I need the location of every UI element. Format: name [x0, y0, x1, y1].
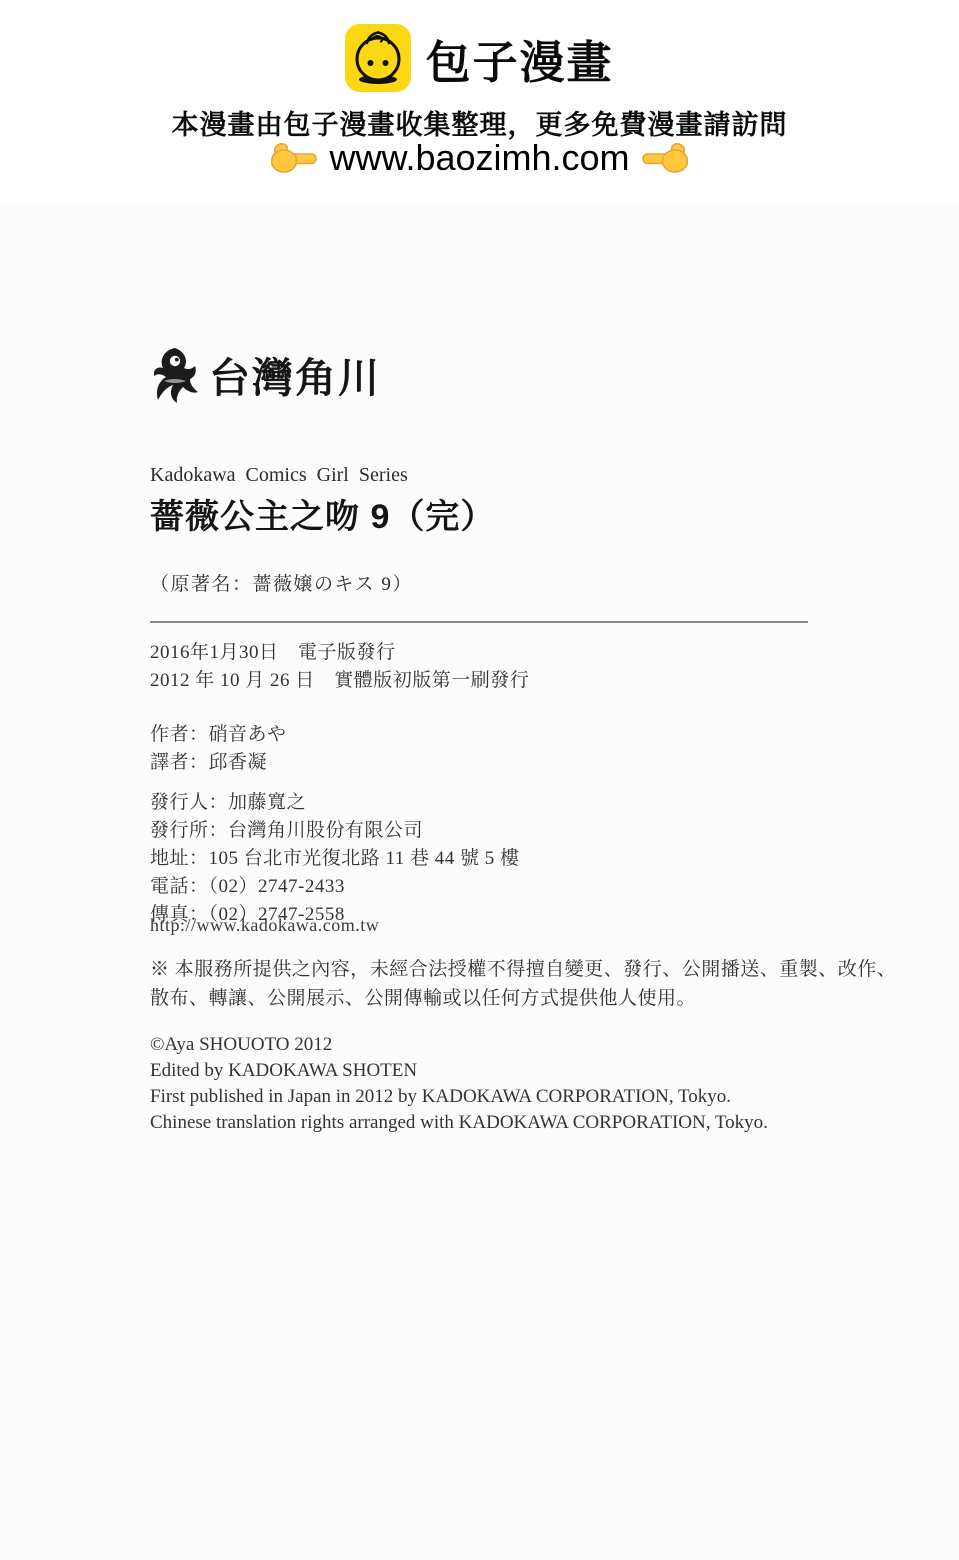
original-title: （原著名：薔薇嬢のキス 9）: [150, 569, 413, 596]
copyright-block: ©Aya SHOUOTO 2012 Edited by KADOKAWA SHO…: [150, 1032, 768, 1136]
kadokawa-website-text: http://www.kadokawa.com.tw: [150, 915, 379, 936]
divider-rule: [150, 621, 808, 623]
copyright-line: First published in Japan in 2012 by KADO…: [150, 1084, 768, 1110]
copyright-line: Edited by KADOKAWA SHOTEN: [150, 1058, 768, 1084]
publisher-line: 發行人：加藤寬之: [150, 789, 520, 817]
rights-disclaimer: ※ 本服務所提供之內容，未經合法授權不得擅自變更、發行、公開播送、重製、改作、 …: [150, 955, 896, 1013]
baozi-bun-logo-icon: [345, 22, 411, 94]
publisher-line: 發行所：台灣角川股份有限公司: [150, 817, 520, 845]
brand-row: 包子漫畫: [0, 22, 959, 94]
publisher-line: 電話：（02）2747-2433: [150, 873, 520, 901]
publisher-info: 發行人：加藤寬之 發行所：台灣角川股份有限公司 地址：105 台北市光復北路 1…: [150, 789, 520, 929]
series-label: Kadokawa Comics Girl Series: [150, 464, 408, 487]
author-line: 作者：硝音あや: [150, 721, 287, 749]
disclaimer-line: 散布、轉讓、公開展示、公開傳輸或以任何方式提供他人使用。: [150, 984, 896, 1013]
author-credits: 作者：硝音あや 譯者：邱香凝: [150, 721, 287, 777]
kadokawa-phoenix-icon: [150, 346, 200, 404]
translator-line: 譯者：邱香凝: [150, 749, 287, 777]
site-banner: 包子漫畫 本漫畫由包子漫畫收集整理，更多免費漫畫請訪問 www.baozimh.…: [0, 0, 959, 203]
edition-line: 2016年1月30日 電子版發行: [150, 639, 529, 667]
book-title: 薔薇公主之吻 9（完）: [150, 489, 495, 538]
point-left-hand-icon: [642, 140, 688, 176]
brand-name: 包子漫畫: [425, 26, 613, 91]
copyright-line: ©Aya SHOUOTO 2012: [150, 1032, 768, 1058]
disclaimer-line: ※ 本服務所提供之內容，未經合法授權不得擅自變更、發行、公開播送、重製、改作、: [150, 955, 896, 984]
publisher-line: 地址：105 台北市光復北路 11 巷 44 號 5 樓: [150, 845, 520, 873]
publisher-logo-text: 台灣角川: [209, 345, 381, 404]
baozimh-url-link[interactable]: www.baozimh.com: [329, 137, 629, 179]
edition-line: 2012 年 10 月 26 日 實體版初版第一刷發行: [150, 667, 529, 695]
point-right-hand-icon: [271, 140, 317, 176]
colophon-page-scan: 台灣角川 Kadokawa Comics Girl Series 薔薇公主之吻 …: [0, 203, 959, 1560]
copyright-line: Chinese translation rights arranged with…: [150, 1110, 768, 1136]
edition-dates: 2016年1月30日 電子版發行 2012 年 10 月 26 日 實體版初版第…: [150, 639, 529, 695]
banner-url-row: www.baozimh.com: [0, 137, 959, 179]
manga-reader-page: { "banner": { "brand_name": "包子漫畫", "tag…: [0, 0, 959, 1560]
publisher-logo: 台灣角川: [150, 345, 381, 404]
